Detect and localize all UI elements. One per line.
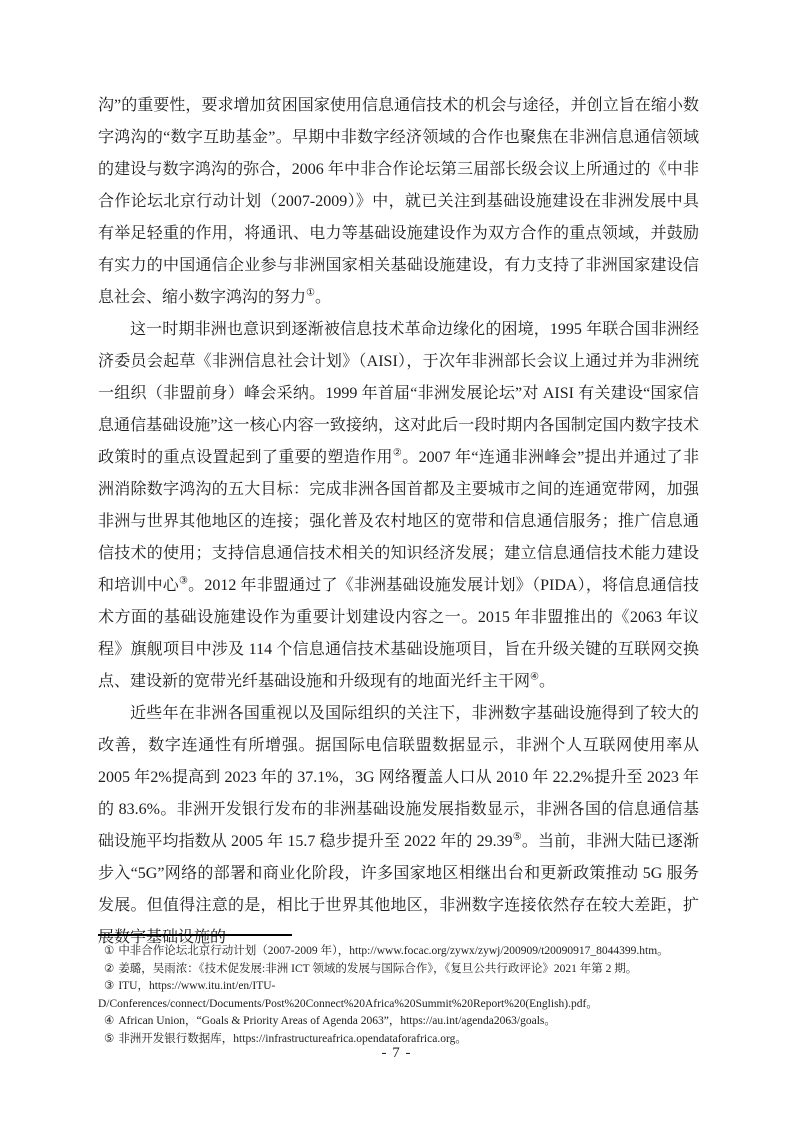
paragraph-text: 。2007 年“连通非洲峰会”提出并通过了非洲消除数字鸿沟的五大目标：完成非洲各… — [98, 449, 699, 594]
footnote-ref-3: ③ — [179, 576, 188, 587]
paragraph: 沟”的重要性，要求增加贫困国家使用信息通信技术的机会与途径，并创立旨在缩小数字鸿… — [98, 90, 699, 314]
paragraph-text: 这一时期非洲也意识到逐渐被信息技术革命边缘化的困境，1995 年联合国非洲经济委… — [98, 321, 699, 466]
paragraph-text: 。 — [315, 289, 331, 306]
footnote-ref-1: ① — [306, 288, 315, 299]
footnote-text: 姜璐，吴雨浓：《技术促发展:非洲 ICT 领域的发展与国际合作》，《复旦公共行政… — [118, 963, 637, 975]
paragraph-text: 近些年在非洲各国重视以及国际组织的关注下，非洲数字基础设施得到了较大的改善，数字… — [98, 705, 699, 850]
footnote-text: 非洲开发银行数据库，https://infrastructureafrica.o… — [118, 1033, 467, 1045]
footnote-item: ③ITU，https://www.itu.int/en/ITU-D/Confer… — [98, 978, 699, 1013]
footnote-text: African Union，“Goals & Priority Areas of… — [118, 1015, 556, 1027]
document-page: 沟”的重要性，要求增加贫困国家使用信息通信技术的机会与途径，并创立旨在缩小数字鸿… — [0, 0, 793, 1122]
footnote-separator — [98, 934, 292, 936]
footnotes-section: ①中非合作论坛北京行动计划（2007-2009 年），http://www.fo… — [98, 934, 699, 1048]
footnote-text: ITU，https://www.itu.int/en/ITU-D/Confere… — [98, 980, 598, 1010]
footnote-marker: ① — [104, 945, 114, 957]
footnote-marker: ③ — [104, 980, 114, 992]
footnote-marker: ⑤ — [104, 1033, 114, 1045]
footnote-item: ④African Union，“Goals & Priority Areas o… — [98, 1013, 699, 1031]
body-text: 沟”的重要性，要求增加贫困国家使用信息通信技术的机会与途径，并创立旨在缩小数字鸿… — [98, 90, 699, 954]
paragraph-text: 。 — [539, 673, 555, 690]
footnote-marker: ④ — [104, 1015, 114, 1027]
page-number: - 7 - — [0, 1045, 793, 1062]
footnote-ref-4: ④ — [530, 672, 539, 683]
paragraph-text: 。2012 年非盟通过了《非洲基础设施发展计划》（PIDA），将信息通信技术方面… — [98, 577, 699, 690]
paragraph: 这一时期非洲也意识到逐渐被信息技术革命边缘化的困境，1995 年联合国非洲经济委… — [98, 314, 699, 698]
footnote-item: ①中非合作论坛北京行动计划（2007-2009 年），http://www.fo… — [98, 943, 699, 961]
footnote-ref-5: ⑤ — [513, 832, 522, 843]
footnote-ref-2: ② — [393, 448, 402, 459]
footnote-marker: ② — [104, 963, 114, 975]
paragraph: 近些年在非洲各国重视以及国际组织的关注下，非洲数字基础设施得到了较大的改善，数字… — [98, 698, 699, 954]
paragraph-text: 沟”的重要性，要求增加贫困国家使用信息通信技术的机会与途径，并创立旨在缩小数字鸿… — [98, 97, 699, 306]
footnote-item: ②姜璐，吴雨浓：《技术促发展:非洲 ICT 领域的发展与国际合作》，《复旦公共行… — [98, 961, 699, 979]
footnote-text: 中非合作论坛北京行动计划（2007-2009 年），http://www.foc… — [118, 945, 668, 957]
